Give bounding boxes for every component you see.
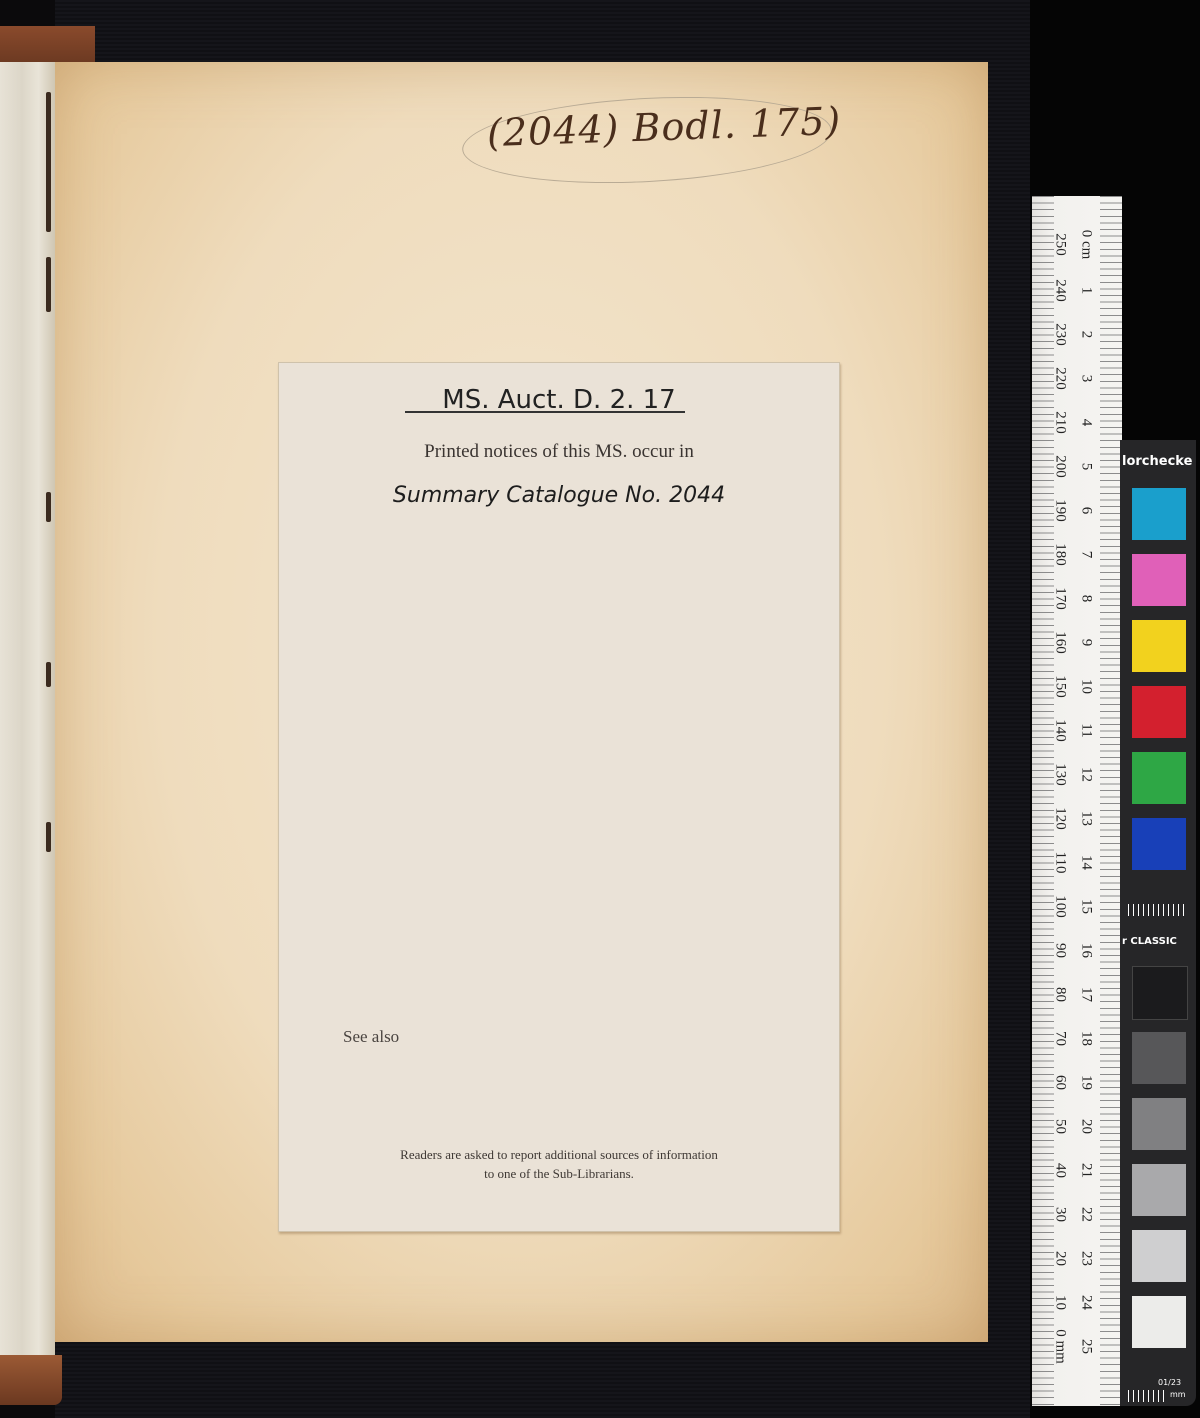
- mm-label: 160: [1052, 623, 1069, 663]
- cm-label: 13: [1078, 799, 1095, 839]
- light-gray-patch: [1132, 1164, 1186, 1216]
- mm-label: 170: [1052, 579, 1069, 619]
- mm-label: 140: [1052, 711, 1069, 751]
- white-patch: [1132, 1296, 1186, 1348]
- mm-label: 80: [1052, 975, 1069, 1015]
- printed-notice-text: Printed notices of this MS. occur in: [279, 441, 839, 463]
- mm-label: 200: [1052, 447, 1069, 487]
- yellow-patch: [1132, 620, 1186, 672]
- mm-label: 90: [1052, 931, 1069, 971]
- notice-card: MS. Auct. D. 2. 17 Printed notices of th…: [278, 362, 840, 1232]
- mm-label: 180: [1052, 535, 1069, 575]
- mm-label: 220: [1052, 359, 1069, 399]
- checker-scale-top: [1128, 904, 1186, 916]
- cm-label: 3: [1078, 359, 1095, 399]
- mm-label: 190: [1052, 491, 1069, 531]
- readers-notice-line1: Readers are asked to report additional s…: [279, 1145, 839, 1164]
- mm-label: 50: [1052, 1107, 1069, 1147]
- color-checker-card: lorchecke r CLASSIC 01/23 mm: [1120, 440, 1196, 1406]
- cm-label: 1: [1078, 271, 1095, 311]
- cm-label: 9: [1078, 623, 1095, 663]
- readers-notice-line2: to one of the Sub-Librarians.: [279, 1164, 839, 1183]
- black-patch: [1132, 966, 1188, 1020]
- mid-gray-patch: [1132, 1098, 1186, 1150]
- cm-label: 23: [1078, 1239, 1095, 1279]
- cm-label: 11: [1078, 711, 1095, 751]
- mm-label: 120: [1052, 799, 1069, 839]
- mm-label: 30: [1052, 1195, 1069, 1235]
- title-underline: [405, 411, 685, 413]
- spine-stain: [46, 492, 51, 522]
- mm-label: 130: [1052, 755, 1069, 795]
- cm-label: 18: [1078, 1019, 1095, 1059]
- cm-label: 7: [1078, 535, 1095, 575]
- mm-label: 60: [1052, 1063, 1069, 1103]
- cm-label: 25: [1078, 1327, 1095, 1367]
- mm-label: 0 mm: [1052, 1327, 1069, 1367]
- magenta-patch: [1132, 554, 1186, 606]
- cm-label: 17: [1078, 975, 1095, 1015]
- green-patch: [1132, 752, 1186, 804]
- cm-label: 6: [1078, 491, 1095, 531]
- checker-brand: lorchecke: [1122, 454, 1194, 469]
- cm-label: 21: [1078, 1151, 1095, 1191]
- catalogue-reference: Summary Catalogue No. 2044: [279, 483, 839, 508]
- spine-stain: [46, 92, 51, 232]
- cm-label: 2: [1078, 315, 1095, 355]
- mm-label: 110: [1052, 843, 1069, 883]
- cm-label: 8: [1078, 579, 1095, 619]
- cm-label: 20: [1078, 1107, 1095, 1147]
- spine-stain: [46, 662, 51, 687]
- cm-label: 19: [1078, 1063, 1095, 1103]
- dark-gray-patch: [1132, 1032, 1186, 1084]
- mm-label: 100: [1052, 887, 1069, 927]
- blue-patch: [1132, 818, 1186, 870]
- mm-label: 210: [1052, 403, 1069, 443]
- cm-label: 5: [1078, 447, 1095, 487]
- cm-label: 4: [1078, 403, 1095, 443]
- mm-label: 240: [1052, 271, 1069, 311]
- cm-label: 0 cm: [1078, 225, 1095, 265]
- mm-label: 40: [1052, 1151, 1069, 1191]
- cm-label: 12: [1078, 755, 1095, 795]
- cm-label: 22: [1078, 1195, 1095, 1235]
- leather-binding-top: [0, 26, 95, 62]
- measurement-ruler: 0 cm 1 2 3 4 5 6 7 8 9 10 11 12 13 14 15…: [1032, 196, 1122, 1406]
- book-spine-edge: [0, 62, 55, 1362]
- spine-stain: [46, 822, 51, 852]
- cm-label: 24: [1078, 1283, 1095, 1323]
- mm-ticks-right: [1100, 196, 1122, 1406]
- cm-label: 15: [1078, 887, 1095, 927]
- cm-label: 14: [1078, 843, 1095, 883]
- cyan-patch: [1132, 488, 1186, 540]
- leather-binding-bottom: [0, 1355, 62, 1405]
- checker-unit: mm: [1170, 1390, 1186, 1399]
- checker-version: 01/23: [1158, 1378, 1181, 1387]
- mm-label: 10: [1052, 1283, 1069, 1323]
- checker-scale-bottom: [1128, 1390, 1166, 1402]
- cm-label: 16: [1078, 931, 1095, 971]
- mm-label: 70: [1052, 1019, 1069, 1059]
- lighter-gray-patch: [1132, 1230, 1186, 1282]
- mm-label: 250: [1052, 225, 1069, 265]
- see-also-label: See also: [343, 1027, 399, 1047]
- mm-label: 150: [1052, 667, 1069, 707]
- cm-label: 10: [1078, 667, 1095, 707]
- checker-model: r CLASSIC: [1122, 936, 1177, 947]
- mm-label: 20: [1052, 1239, 1069, 1279]
- mm-label: 230: [1052, 315, 1069, 355]
- readers-notice: Readers are asked to report additional s…: [279, 1145, 839, 1183]
- spine-stain: [46, 257, 51, 312]
- red-patch: [1132, 686, 1186, 738]
